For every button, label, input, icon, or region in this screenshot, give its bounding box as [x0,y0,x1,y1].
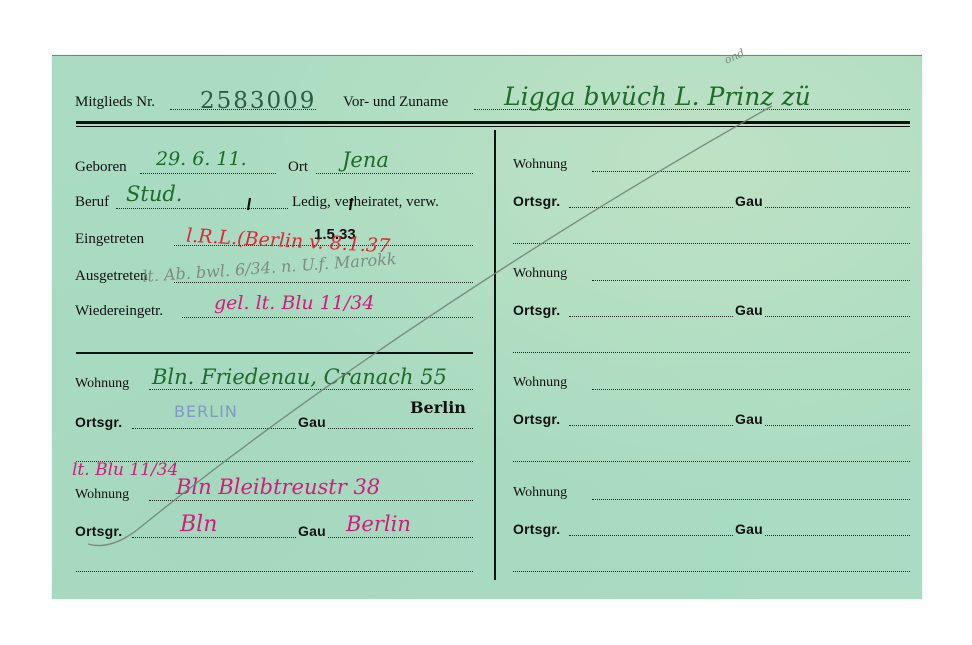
right-gau-line [765,535,910,536]
right-wohnung-label: Wohnung [513,157,567,173]
address2-wohnung-value: Bln Bleibtreustr 38 [176,475,380,499]
address1-wohnung-label: Wohnung [75,376,129,392]
right-ortsgr-line [569,425,733,426]
right-gau-line [765,425,910,426]
right-ortsgr-line [569,316,733,317]
address2-ortsgr-value: Bln [180,512,217,537]
geboren-line [140,173,276,174]
right-ortsgr-label: Ortsgr. [513,521,560,537]
address1-ortsgr-line [132,428,296,429]
address2-ortsgr-label: Ortsgr. [75,523,122,539]
beruf-value: Stud. [126,182,182,206]
name-label: Vor- und Zuname [343,94,448,111]
right-ortsgr-label: Ortsgr. [513,193,560,209]
right-wohnung-label: Wohnung [513,375,567,391]
address2-ortsgr-line [132,537,296,538]
right-ortsgr-line [569,207,733,208]
address2-wohnung-label: Wohnung [75,487,129,503]
right-blank-line [513,352,910,353]
left-blank-line-2 [76,571,473,572]
address2-gau-label: Gau [298,523,326,539]
eingetreten-label: Eingetreten [75,231,144,248]
right-gau-label: Gau [735,411,763,427]
right-wohnung-line [592,389,910,390]
member-number-label: Mitglieds Nr. [75,94,155,111]
ausgetreten-label: Ausgetreten [75,268,147,285]
membership-card: Mitglieds Nr. 2583009 Vor- und Zuname Li… [52,55,922,599]
address1-gau-value: Berlin [410,398,466,417]
ort-line [316,173,473,174]
wiedereingetr-note: gel. lt. Blu 11/34 [214,292,374,314]
name-annotation: ond [722,46,746,67]
beruf-label: Beruf [75,194,109,211]
address1-wohnung-line [149,389,473,390]
ort-label: Ort [288,159,308,176]
address2-note: lt. Blu 11/34 [72,460,178,480]
right-gau-label: Gau [735,193,763,209]
right-wohnung-label: Wohnung [513,485,567,501]
right-ortsgr-label: Ortsgr. [513,411,560,427]
right-gau-label: Gau [735,521,763,537]
right-blank-line [513,571,910,572]
right-gau-label: Gau [735,302,763,318]
member-number-value: 2583009 [200,88,316,114]
right-ortsgr-line [569,535,733,536]
ort-value: Jena [342,148,389,172]
geboren-value: 29. 6. 11. [156,148,247,170]
address2-gau-line [328,537,473,538]
right-wohnung-line [592,171,910,172]
right-wohnung-label: Wohnung [513,266,567,282]
address1-gau-label: Gau [298,414,326,430]
ausgetreten-note: lt. Ab. bwl. 6/34. n. U.f. Marokk [142,249,397,286]
address1-ortsgr-stamp: BERLIN [174,402,238,421]
ausgetreten-line [174,282,473,283]
address2-gau-value: Berlin [346,512,411,536]
header-rule-thick [76,121,910,124]
right-blank-line [513,461,910,462]
geboren-label: Geboren [75,159,127,176]
name-value: Ligga bwüch L. Prinz zü [504,82,811,111]
right-ortsgr-label: Ortsgr. [513,302,560,318]
address1-gau-line [328,428,473,429]
marital-status-label: Ledig, verheiratet, verw. [292,194,439,211]
wiedereingetr-label: Wiedereingetr. [75,303,163,320]
address1-ortsgr-label: Ortsgr. [75,414,122,430]
right-gau-line [765,207,910,208]
right-wohnung-line [592,280,910,281]
address1-wohnung-value: Bln. Friedenau, Cranach 55 [152,365,447,389]
wiedereingetr-line [182,317,473,318]
right-blank-line [513,243,910,244]
right-gau-line [765,316,910,317]
column-divider [494,130,496,580]
address2-wohnung-line [149,500,473,501]
header-rule-thin [76,126,910,127]
right-wohnung-line [592,499,910,500]
beruf-line [116,208,288,209]
left-section-rule [76,352,473,354]
